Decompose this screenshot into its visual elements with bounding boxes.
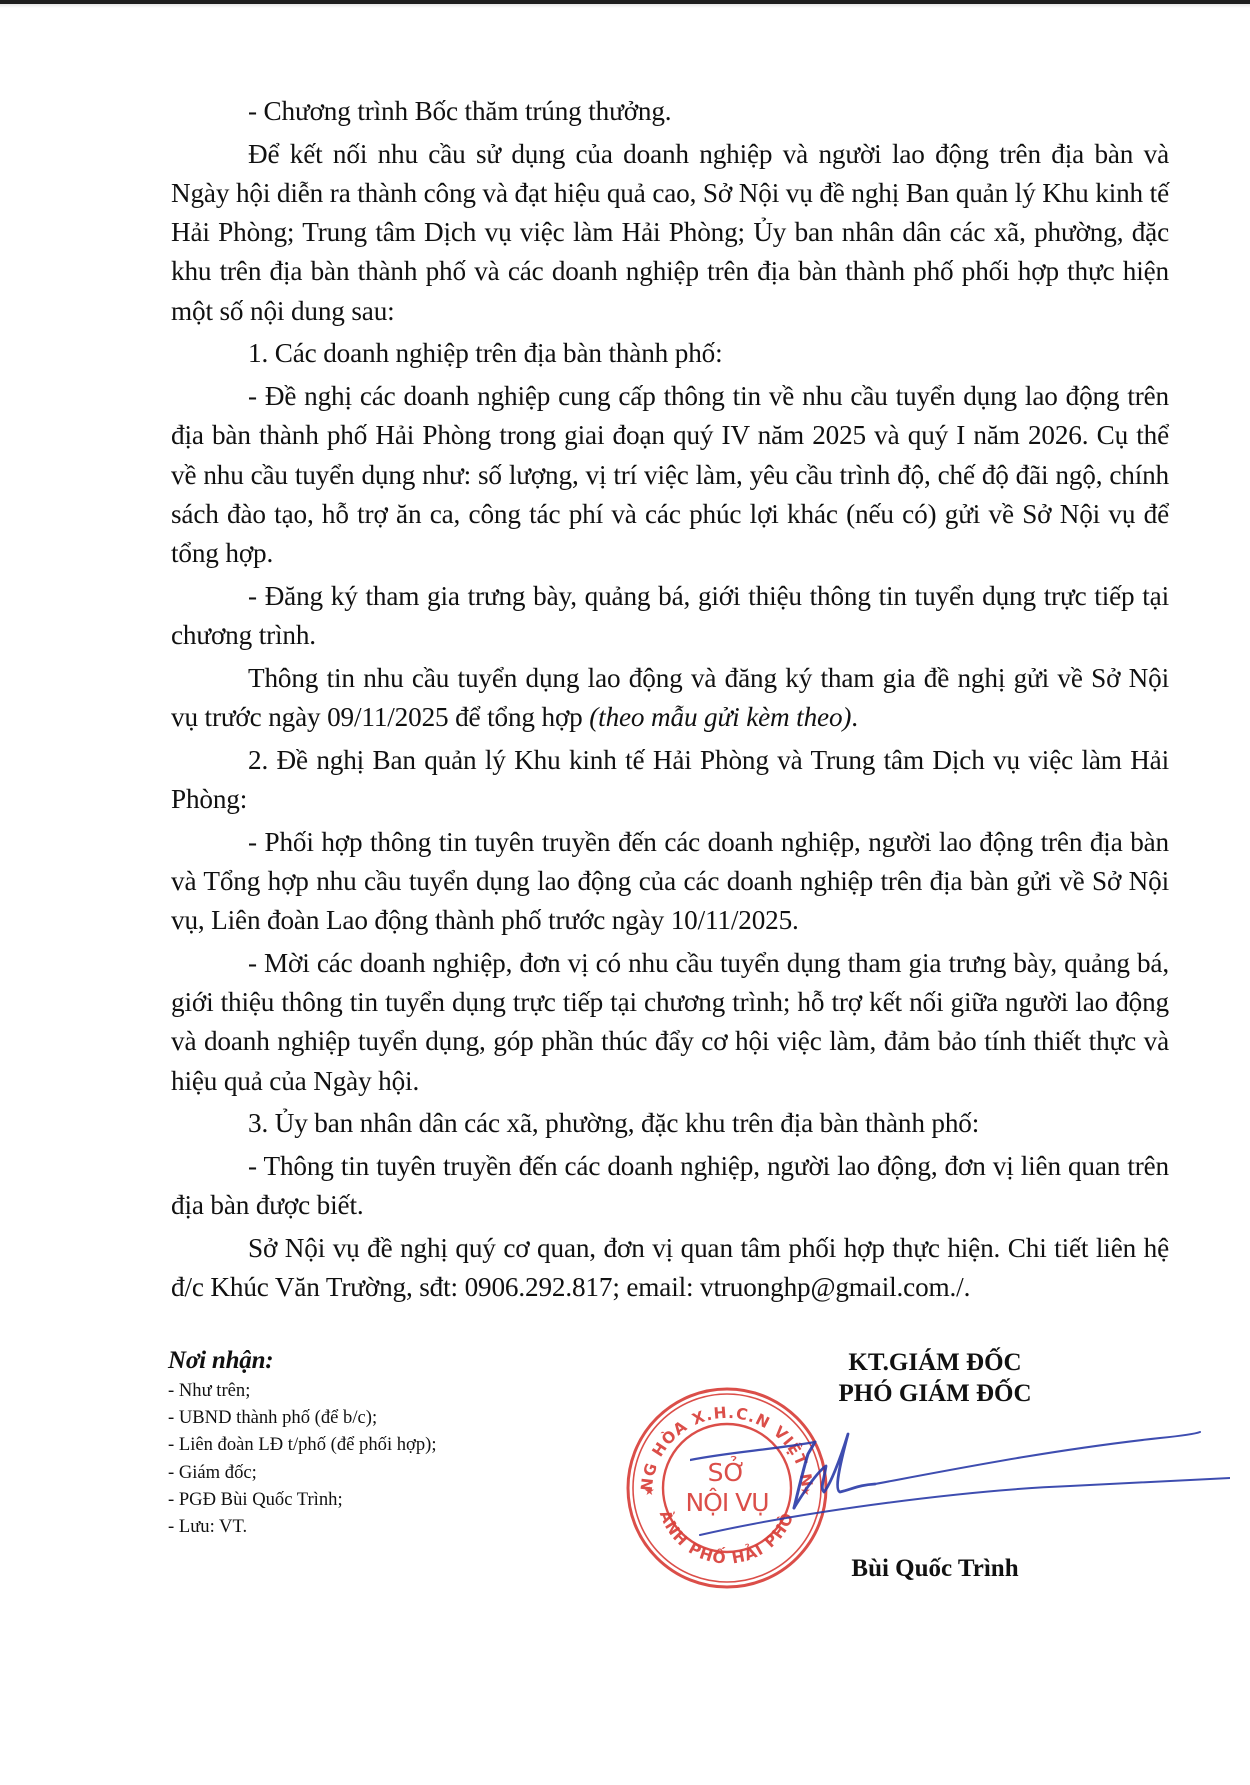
paragraph: - Chương trình Bốc thăm trúng thưởng. [171,92,1169,131]
recipient-item: - PGĐ Bùi Quốc Trình; [168,1486,437,1513]
paragraph-text: - Thông tin tuyên truyền đến các doanh n… [171,1151,1169,1220]
recipients-title: Nơi nhận: [168,1347,437,1375]
paragraph: - Đề nghị các doanh nghiệp cung cấp thôn… [171,377,1169,573]
paragraph-text: Để kết nối nhu cầu sử dụng của doanh ngh… [171,139,1169,326]
closing-paragraph: Sở Nội vụ đề nghị quý cơ quan, đơn vị qu… [171,1229,1169,1307]
paragraph: - Mời các doanh nghiệp, đơn vị có nhu cầ… [171,944,1169,1101]
recipient-item: - UBND thành phố (để b/c); [168,1404,437,1431]
paragraph: Thông tin nhu cầu tuyển dụng lao động và… [171,659,1169,737]
paragraph-text: - Chương trình Bốc thăm trúng thưởng. [248,96,671,126]
section-heading-3: 3. Ủy ban nhân dân các xã, phường, đặc k… [171,1104,1169,1143]
signer-name: Bùi Quốc Trình [770,1555,1100,1583]
paragraph-text: 3. Ủy ban nhân dân các xã, phường, đặc k… [248,1108,979,1138]
paragraph-text: - Phối hợp thông tin tuyên truyền đến cá… [171,827,1169,935]
recipient-item: - Lưu: VT. [168,1513,437,1540]
italic-note: (theo mẫu gửi kèm theo) [589,702,851,732]
paragraph-text: - Mời các doanh nghiệp, đơn vị có nhu cầ… [171,948,1169,1096]
handwritten-signature [690,1430,1230,1540]
paragraph: - Đăng ký tham gia trưng bày, quảng bá, … [171,577,1169,655]
paragraph-tail: . [851,702,858,732]
paragraph-text: - Đăng ký tham gia trưng bày, quảng bá, … [171,581,1169,650]
recipient-item: - Liên đoàn LĐ t/phố (để phối hợp); [168,1431,437,1458]
paragraph-text: Sở Nội vụ đề nghị quý cơ quan, đơn vị qu… [171,1233,1169,1302]
section-heading-1: 1. Các doanh nghiệp trên địa bàn thành p… [171,334,1169,373]
recipient-item: - Như trên; [168,1377,437,1404]
paragraph-text: 2. Đề nghị Ban quản lý Khu kinh tế Hải P… [171,745,1169,814]
svg-text:★: ★ [644,1484,655,1498]
top-bar-shadow [0,4,1250,8]
section-heading-2: 2. Đề nghị Ban quản lý Khu kinh tế Hải P… [171,741,1169,819]
paragraph: Để kết nối nhu cầu sử dụng của doanh ngh… [171,135,1169,331]
document-body: - Chương trình Bốc thăm trúng thưởng. Để… [171,92,1169,1311]
signature-title-line1: KT.GIÁM ĐỐC [770,1347,1100,1378]
recipients-block: Nơi nhận: - Như trên; - UBND thành phố (… [168,1347,437,1540]
paragraph: - Phối hợp thông tin tuyên truyền đến cá… [171,823,1169,941]
paragraph: - Thông tin tuyên truyền đến các doanh n… [171,1147,1169,1225]
recipient-item: - Giám đốc; [168,1459,437,1486]
paragraph-text: 1. Các doanh nghiệp trên địa bàn thành p… [248,338,723,368]
paragraph-text: - Đề nghị các doanh nghiệp cung cấp thôn… [171,381,1169,568]
